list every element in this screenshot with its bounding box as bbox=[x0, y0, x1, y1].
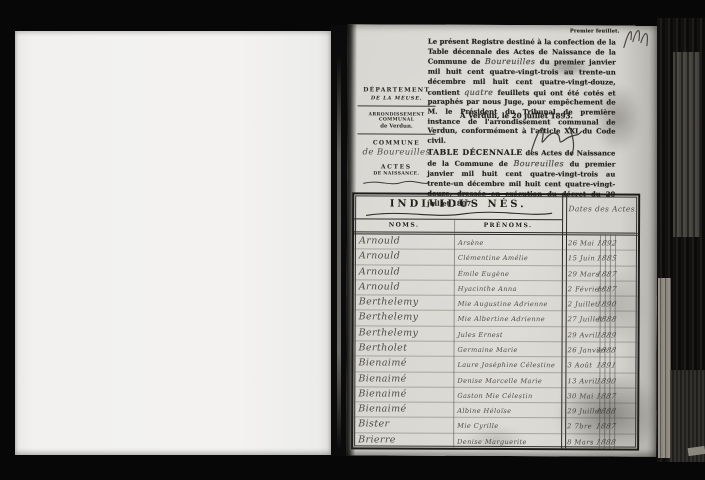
row-prenoms: Arsène bbox=[458, 239, 484, 247]
table-row: Bertholet Germaine Marie 26 Janvier 1888 bbox=[353, 341, 637, 358]
table-row: Bienaimé Denise Marcelle Marie 13 Avril … bbox=[353, 372, 637, 389]
row-annee: 1891 bbox=[595, 361, 617, 370]
stamp-flourish-icon bbox=[361, 179, 431, 187]
row-nom: Bienaimé bbox=[358, 358, 406, 369]
column-header-dates: Dates des Actes. bbox=[566, 204, 640, 213]
row-nom: Berthelemy bbox=[359, 312, 419, 323]
row-annee: 1887 bbox=[595, 391, 617, 400]
row-prenoms: Mie Cyrille bbox=[457, 422, 498, 430]
blank-left-page bbox=[15, 31, 331, 455]
row-prenoms: Gaston Mie Célestin bbox=[457, 392, 532, 400]
row-date: 29 Mars bbox=[568, 270, 599, 278]
row-prenoms: Germaine Marie bbox=[458, 346, 518, 354]
row-annee: 1887 bbox=[596, 284, 618, 293]
table-row: Bienaimé Albine Héloïse 29 Juillet 1888 bbox=[353, 402, 637, 419]
stamp-divider bbox=[358, 105, 436, 106]
row-annee: 1890 bbox=[596, 300, 618, 309]
table-row: Arnould Clémentine Amélie 15 Juin 1885 bbox=[354, 250, 638, 267]
row-date: 30 Mai bbox=[567, 392, 593, 400]
table-row: Berthelemy Jules Ernest 29 Avril 1889 bbox=[354, 326, 638, 343]
row-annee: 1885 bbox=[596, 254, 618, 263]
departement-value: DE LA MEUSE. bbox=[352, 95, 442, 101]
arrondissement-label: ARRONDISSEMENT COMMUNAL bbox=[352, 112, 442, 122]
feuillets-count-handwritten: quatre bbox=[464, 87, 493, 96]
row-date: 15 Juin bbox=[568, 255, 595, 263]
row-prenoms: Hyacinthe Anna bbox=[458, 285, 517, 293]
row-annee: 1887 bbox=[596, 269, 618, 278]
row-date: 26 Mai bbox=[568, 239, 594, 247]
row-prenoms: Mie Augustine Adrienne bbox=[458, 300, 548, 308]
page-edges-mid-band bbox=[673, 52, 700, 237]
table-row: Arnould Arsène 26 Mai 1892 bbox=[354, 234, 638, 251]
row-nom: Arnould bbox=[359, 281, 400, 292]
commune-name-handwritten: Boureuilles bbox=[485, 57, 536, 66]
row-nom: Brierre bbox=[358, 434, 396, 445]
table-row: Bienaimé Laure Joséphine Célestine 3 Aoû… bbox=[353, 357, 637, 374]
table-row: Brierre Denise Marguerite 8 Mars 1888 bbox=[353, 433, 637, 450]
row-date: 29 Avril bbox=[568, 331, 598, 339]
column-header-noms: NOMS. bbox=[354, 221, 454, 228]
row-annee: 1890 bbox=[595, 376, 617, 385]
register-declaration-paragraph: Le présent Registre destiné à la confect… bbox=[427, 38, 615, 148]
stamp-divider bbox=[357, 133, 435, 134]
row-nom: Bienaimé bbox=[358, 373, 406, 384]
paraph-flourish-icon bbox=[620, 24, 654, 52]
table-row: Arnould Hyacinthe Anna 2 Février 1887 bbox=[354, 280, 638, 297]
row-nom: Berthelemy bbox=[359, 327, 419, 338]
decennale-title: TABLE DÉCENNALE bbox=[427, 148, 522, 157]
row-nom: Bertholet bbox=[359, 342, 408, 353]
table-row: Bienaimé Gaston Mie Célestin 30 Mai 1887 bbox=[353, 387, 637, 404]
row-nom: Arnould bbox=[359, 235, 400, 246]
table-title: INDIVIDUS NÉS. bbox=[354, 198, 562, 210]
row-prenoms: Jules Ernest bbox=[458, 330, 503, 338]
row-annee: 1887 bbox=[595, 422, 617, 431]
row-prenoms: Denise Marcelle Marie bbox=[457, 376, 542, 384]
row-prenoms: Mie Albertine Adrienne bbox=[458, 315, 545, 323]
row-prenoms: Albine Héloïse bbox=[457, 407, 511, 415]
row-nom: Arnould bbox=[359, 266, 400, 277]
row-prenoms: Clémentine Amélie bbox=[458, 254, 528, 262]
row-nom: Bienaimé bbox=[358, 403, 406, 414]
row-prenoms: Denise Marguerite bbox=[457, 437, 527, 445]
row-annee: 1889 bbox=[595, 330, 617, 339]
row-prenoms: Émile Eugène bbox=[458, 269, 509, 277]
departement-label: DÉPARTEMENT bbox=[352, 86, 442, 93]
row-annee: 1888 bbox=[595, 437, 617, 446]
table-row: Berthelemy Mie Albertine Adrienne 27 Jui… bbox=[354, 311, 638, 328]
arrondissement-value: de Verdun. bbox=[351, 123, 441, 129]
row-date: 3 Août bbox=[567, 362, 592, 370]
column-header-prenoms: PRÉNOMS. bbox=[454, 222, 562, 229]
scanned-register-spread: Premier feuillet. Le présent Registre de… bbox=[0, 0, 705, 480]
table-row: Arnould Émile Eugène 29 Mars 1887 bbox=[354, 265, 638, 282]
row-nom: Arnould bbox=[359, 251, 400, 262]
row-annee: 1888 bbox=[595, 345, 617, 354]
row-nom: Bister bbox=[358, 419, 389, 430]
births-table: INDIVIDUS NÉS. NOMS. PRÉNOMS. Dates des … bbox=[351, 192, 640, 450]
decennale-commune-handwritten: Boureuilles bbox=[514, 159, 565, 168]
row-nom: Bienaimé bbox=[358, 388, 406, 399]
row-date: 13 Avril bbox=[567, 377, 597, 385]
table-row: Bister Mie Cyrille 2 7bre 1887 bbox=[353, 418, 637, 435]
row-nom: Berthelemy bbox=[359, 297, 419, 308]
register-page: Premier feuillet. Le présent Registre de… bbox=[346, 24, 658, 456]
row-date: 2 7bre bbox=[567, 423, 592, 431]
row-date: 8 Mars bbox=[567, 438, 594, 446]
row-date: 2 Juillet bbox=[568, 300, 599, 308]
page-edge-highlight bbox=[337, 55, 341, 450]
table-row: Berthelemy Mie Augustine Adrienne 2 Juil… bbox=[354, 296, 638, 313]
row-annee: 1888 bbox=[595, 407, 617, 416]
row-annee: 1892 bbox=[596, 238, 618, 247]
row-prenoms: Laure Joséphine Célestine bbox=[457, 361, 555, 369]
commune-label: COMMUNE bbox=[351, 139, 441, 146]
row-annee: 1888 bbox=[596, 315, 618, 324]
